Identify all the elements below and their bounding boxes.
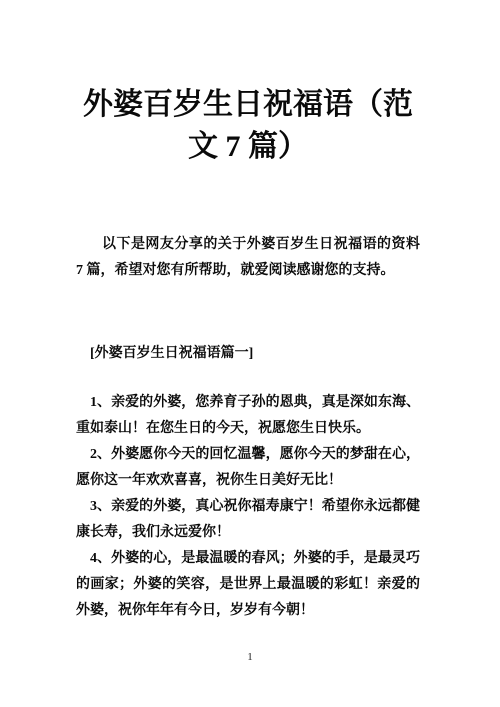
intro-paragraph: 以下是网友分享的关于外婆百岁生日祝福语的资料 7 篇，希望对您有所帮助，就爱阅读… xyxy=(76,232,420,284)
paragraph-3: 3、亲爱的外婆，真心祝你福寿康宁！希望你永远都健康长寿，我们永远爱你！ xyxy=(76,494,420,546)
document-page: 外婆百岁生日祝福语（范 文 7 篇） 以下是网友分享的关于外婆百岁生日祝福语的资… xyxy=(0,0,500,707)
document-title-line-2: 文 7 篇） xyxy=(76,126,420,168)
document-title-line-1: 外婆百岁生日祝福语（范 xyxy=(76,84,420,126)
document-content: 外婆百岁生日祝福语（范 文 7 篇） 以下是网友分享的关于外婆百岁生日祝福语的资… xyxy=(0,0,500,624)
paragraph-4: 4、外婆的心，是最温暖的春风；外婆的手，是最灵巧的画家；外婆的笑容，是世界上最温… xyxy=(76,546,420,624)
document-title: 外婆百岁生日祝福语（范 文 7 篇） xyxy=(76,84,420,168)
paragraph-2: 2、外婆愿你今天的回忆温馨，愿你今天的梦甜在心，愿你这一年欢欢喜喜，祝你生日美好… xyxy=(76,442,420,494)
page-number: 1 xyxy=(0,650,500,664)
paragraph-1: 1、亲爱的外婆，您养育子孙的恩典，真是深如东海、重如泰山！在您生日的今天，祝愿您… xyxy=(76,390,420,442)
section-header: [外婆百岁生日祝福语篇一] xyxy=(76,341,420,367)
